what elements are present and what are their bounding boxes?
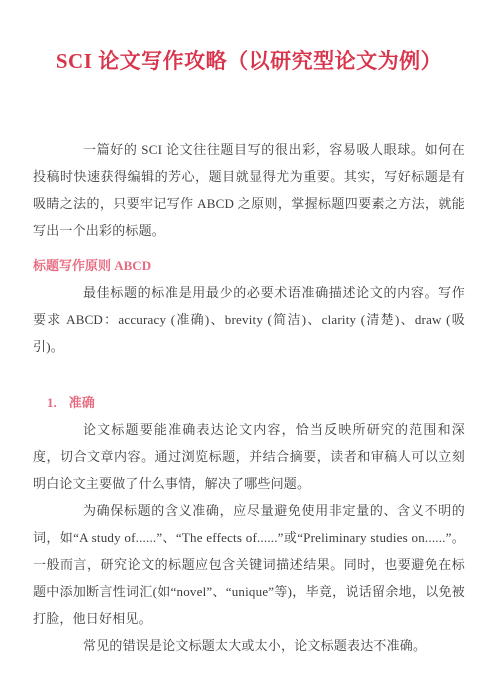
accuracy-paragraph-2: 为确保标题的含义准确，应尽量避免使用非定量的、含义不明的词，如“A study … — [33, 497, 465, 632]
abcd-standard-paragraph: 最佳标题的标准是用最少的必要术语准确描述论文的内容。写作要求 ABCD：accu… — [33, 279, 465, 360]
section-heading-title-principles-abcd: 标题写作原则 ABCD — [33, 252, 465, 279]
intro-paragraph: 一篇好的 SCI 论文往往题目写的很出彩，容易吸人眼球。如何在投稿时快速获得编辑… — [33, 136, 465, 244]
document-title: SCI 论文写作攻略（以研究型论文为例） — [33, 46, 465, 76]
subsection-heading-accuracy: 1.准确 — [33, 389, 465, 416]
accuracy-paragraph-1: 论文标题要能准确表达论文内容，恰当反映所研究的范围和深度，切合文章内容。通过浏览… — [33, 416, 465, 497]
accuracy-paragraph-3: 常见的错误是论文标题太大或太小，论文标题表达不准确。 — [33, 632, 465, 659]
subsection-label: 准确 — [69, 395, 95, 410]
document-page: SCI 论文写作攻略（以研究型论文为例） 一篇好的 SCI 论文往往题目写的很出… — [0, 0, 500, 698]
subsection-number: 1. — [47, 395, 57, 410]
